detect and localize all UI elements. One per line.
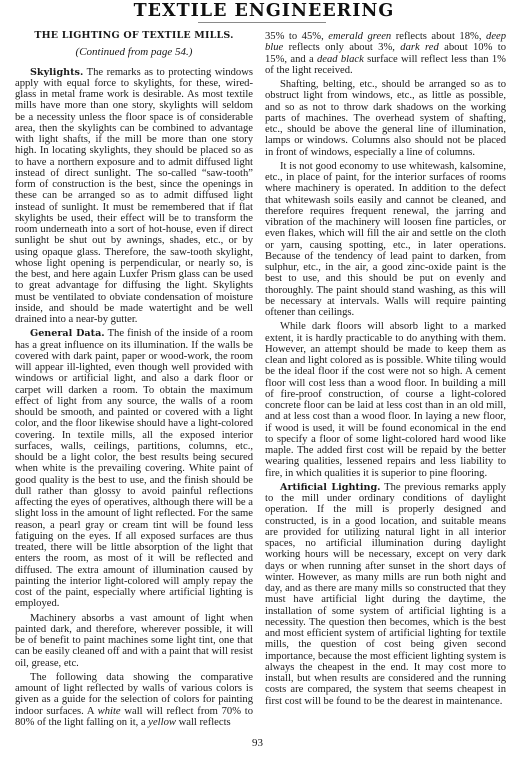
paragraph-skylights: Skylights. The remarks as to protecting … [15,67,253,326]
section-head-skylights: Skylights. [30,67,83,78]
paragraph-reflection-data: The following data showing the comparati… [15,672,253,728]
left-column: THE LIGHTING OF TEXTILE MILLS. (Continue… [15,30,253,731]
paragraph-shafting: Shafting, belting, etc., should be arran… [265,79,506,158]
paragraph-floors: While dark floors will absorb light to a… [265,321,506,479]
paragraph-machinery: Machinery absorbs a vast amount of light… [15,613,253,669]
paragraph-artificial-lighting: Artificial Lighting. The previous remark… [265,482,506,707]
paragraph-general-data: General Data. The finish of the inside o… [15,328,253,609]
section-head-general-data: General Data. [30,328,105,339]
running-title: TEXTILE ENGINEERING [0,1,528,21]
section-head-artificial-lighting: Artificial Lighting. [280,482,381,493]
title-rule [198,22,326,23]
article-title: THE LIGHTING OF TEXTILE MILLS. [15,30,253,41]
right-column: 35% to 45%, emerald green reflects about… [265,31,506,710]
paragraph-whitewash: It is not good economy to use whitewash,… [265,161,506,319]
continued-note: (Continued from page 54.) [15,47,253,58]
page-number: 93 [252,737,263,749]
paragraph-reflection-continued: 35% to 45%, emerald green reflects about… [265,31,506,76]
